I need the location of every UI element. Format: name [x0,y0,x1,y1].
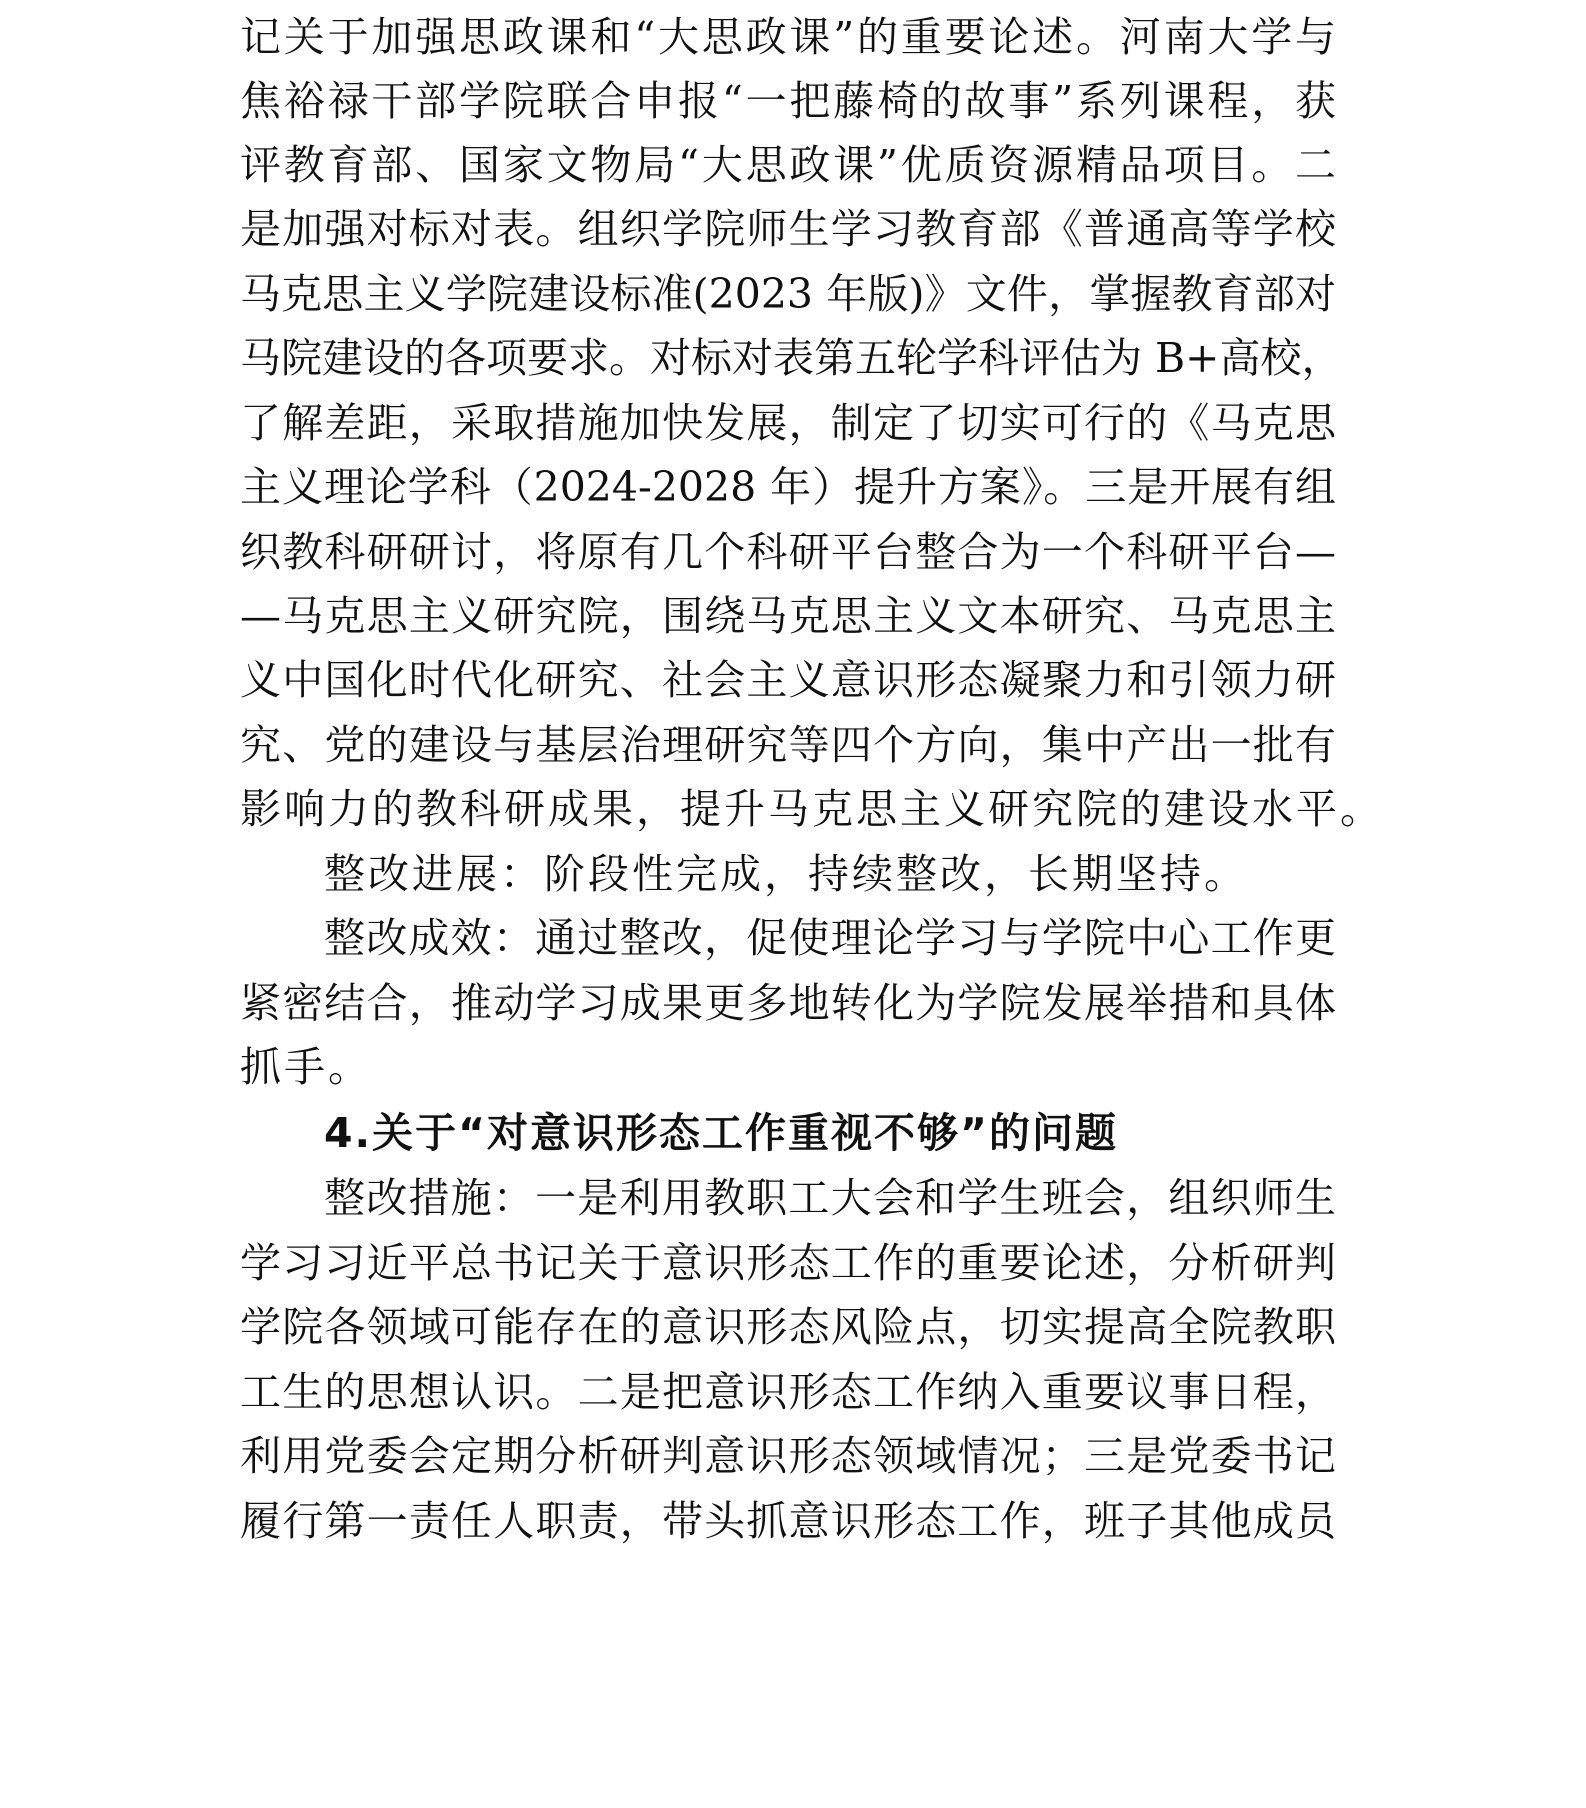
text-line: 织教科研研讨，将原有几个科研平台整合为一个科研平台— [240,515,1336,589]
text-line: 记关于加强思政课和“大思政课”的重要论述。河南大学与 [240,0,1336,74]
text-line: 工生的思想认识。二是把意识形态工作纳入重要议事日程， [240,1355,1336,1429]
text-line: —马克思主义研究院，围绕马克思主义文本研究、马克思主 [240,579,1336,653]
text-line: 究、党的建设与基层治理研究等四个方向，集中产出一批有 [240,708,1336,782]
text-line: 履行第一责任人职责，带头抓意识形态工作，班子其他成员 [240,1484,1336,1558]
text-line: 抓手。 [240,1030,1336,1104]
text-line: 评教育部、国家文物局“大思政课”优质资源精品项目。二 [240,128,1336,202]
text-line: 影响力的教科研成果，提升马克思主义研究院的建设水平。 [240,772,1336,846]
text-line: 学习习近平总书记关于意识形态工作的重要论述，分析研判 [240,1226,1336,1300]
text-line: 利用党委会定期分析研判意识形态领域情况；三是党委书记 [240,1419,1336,1493]
text-line: 紧密结合，推动学习成果更多地转化为学院发展举措和具体 [240,966,1336,1040]
text-line: 学院各领域可能存在的意识形态风险点，切实提高全院教职 [240,1290,1336,1364]
text-line: 整改成效：通过整改，促使理论学习与学院中心工作更 [324,901,1336,975]
text-line: 整改进展：阶段性完成，持续整改，长期坚持。 [324,837,1336,911]
text-line: 焦裕禄干部学院联合申报“一把藤椅的故事”系列课程，获 [240,64,1336,138]
text-line: 整改措施：一是利用教职工大会和学生班会，组织师生 [324,1161,1336,1235]
text-line: 马克思主义学院建设标准(2023 年版)》文件，掌握教育部对 [240,257,1336,331]
text-line: 主义理论学科（2024-2028 年）提升方案》。三是开展有组 [240,450,1336,524]
text-line: 是加强对标对表。组织学院师生学习教育部《普通高等学校 [240,192,1336,266]
text-line: 马院建设的各项要求。对标对表第五轮学科评估为 B+高校， [240,321,1336,395]
text-line: 了解差距，采取措施加快发展，制定了切实可行的《马克思 [240,386,1336,460]
text-line: 义中国化时代化研究、社会主义意识形态凝聚力和引领力研 [240,643,1336,717]
heading-text: 4.关于“对意识形态工作重视不够”的问题 [324,1096,1336,1170]
